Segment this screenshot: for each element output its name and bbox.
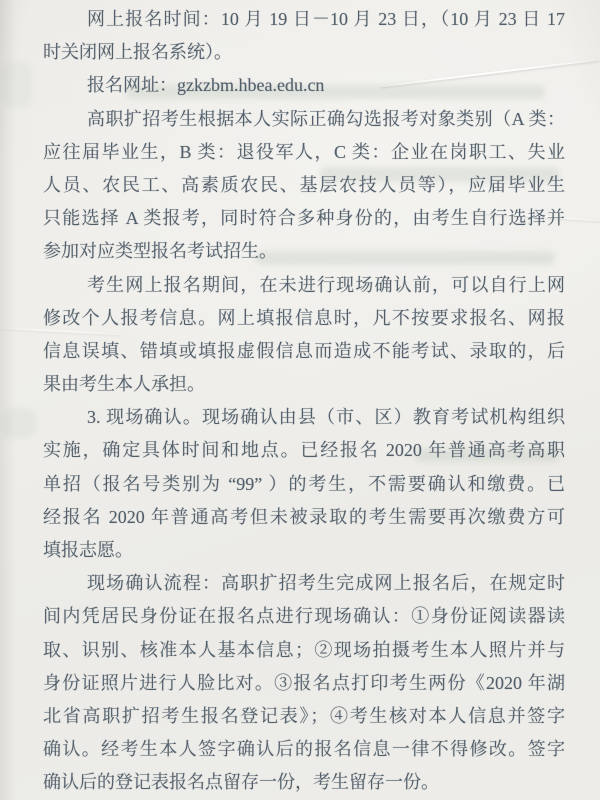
scanned-document-page: 网上报名时间：10 月 19 日－10 月 23 日，（10 月 23 日 17…	[0, 0, 600, 800]
text-line: 信息误填、错填或填报虚假信息而造成不能考试、录取的，后	[43, 335, 565, 368]
text-line: 经报名 2020 年普通高考但未被录取的考生需要再次缴费方可	[43, 501, 565, 534]
text-line: 报名网址：gzkzbm.hbea.edu.cn	[43, 69, 565, 102]
ink-bleedthrough	[2, 408, 36, 438]
text-line: 考生网上报名期间，在未进行现场确认前，可以自行上网	[43, 269, 565, 302]
text-line: 网上报名时间：10 月 19 日－10 月 23 日，（10 月 23 日 17	[43, 3, 565, 36]
text-line: 应往届毕业生，B 类：退役军人，C 类：企业在岗职工、失业	[43, 136, 565, 169]
text-line: 时关闭网上报名系统）。	[43, 36, 565, 69]
text-line: 现场确认流程：高职扩招考生完成网上报名后，在规定时	[43, 567, 565, 600]
text-line: 间内凭居民身份证在报名点进行现场确认：①身份证阅读器读	[43, 600, 565, 633]
text-line: 确认。经考生本人签字确认后的报名信息一律不得修改。签字	[43, 733, 565, 766]
ink-bleedthrough	[2, 62, 32, 108]
text-line: 3. 现场确认。现场确认由县（市、区）教育考试机构组织	[43, 401, 565, 434]
scan-edge-shadow	[0, 0, 16, 800]
text-line: 人员、农民工、高素质农民、基层农技人员等），应届毕业生	[43, 169, 565, 202]
text-line: 填报志愿。	[43, 534, 565, 567]
text-line: 修改个人报考信息。网上填报信息时，凡不按要求报名、网报	[43, 302, 565, 335]
document-text: 网上报名时间：10 月 19 日－10 月 23 日，（10 月 23 日 17…	[43, 3, 565, 800]
text-line: 身份证照片进行人脸比对。③报名点打印考生两份《2020 年湖	[43, 667, 565, 700]
text-line: 实施，确定具体时间和地点。已经报名 2020 年普通高考高职	[43, 434, 565, 467]
text-line: 果由考生本人承担。	[43, 368, 565, 401]
text-line: 确认后的登记表报名点留存一份，考生留存一份。	[43, 766, 565, 799]
text-line: 高职扩招考生根据本人实际正确勾选报考对象类别（A 类：	[43, 103, 565, 136]
text-line: 单招（报名号类别为 “99” ）的考生，不需要确认和缴费。已	[43, 468, 565, 501]
text-line: 北省高职扩招考生报名登记表》；④考生核对本人信息并签字	[43, 700, 565, 733]
text-line: 参加对应类型报名考试招生。	[43, 235, 565, 268]
text-line: 只能选择 A 类报考，同时符合多种身份的，由考生自行选择并	[43, 202, 565, 235]
text-line: 取、识别、核准本人基本信息；②现场拍摄考生本人照片并与	[43, 634, 565, 667]
